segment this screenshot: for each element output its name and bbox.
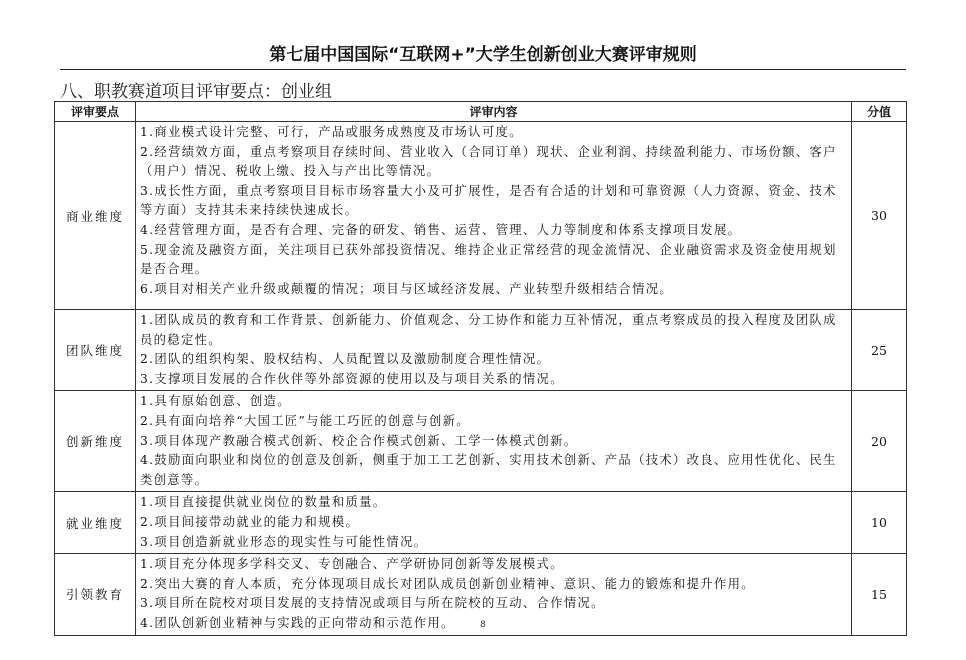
dimension-cell: 商业维度 bbox=[55, 122, 136, 310]
dimension-cell: 团队维度 bbox=[55, 310, 136, 391]
title-divider bbox=[60, 69, 906, 70]
list-item: 4.鼓励面向职业和岗位的创意及创新，侧重于加工工艺创新、实用技术创新、产品（技术… bbox=[140, 451, 847, 490]
header-score: 分值 bbox=[852, 102, 907, 122]
content-cell: 1.具有原始创意、创造。 2.具有面向培养“大国工匠”与能工巧匠的创意与创新。 … bbox=[136, 391, 852, 492]
list-item: 5.现金流及融资方面，关注项目已获外部投资情况、维持企业正常经营的现金流情况、企… bbox=[140, 241, 847, 280]
list-item: 2.项目间接带动就业的能力和规模。 bbox=[140, 513, 847, 533]
content-cell: 1.团队成员的教育和工作背景、创新能力、价值观念、分工协作和能力互补情况，重点考… bbox=[136, 310, 852, 391]
list-item: 1.具有原始创意、创造。 bbox=[140, 392, 847, 412]
list-item: 3.项目创造新就业形态的现实性与可能性情况。 bbox=[140, 533, 847, 553]
list-item: 3.成长性方面，重点考察项目目标市场容量大小及可扩展性，是否有合适的计划和可靠资… bbox=[140, 182, 847, 221]
section-title: 八、职教赛道项目评审要点：创业组 bbox=[60, 77, 332, 102]
list-item: 3.支撑项目发展的合作伙伴等外部资源的使用以及与项目关系的情况。 bbox=[140, 370, 847, 390]
list-item: 2.具有面向培养“大国工匠”与能工巧匠的创意与创新。 bbox=[140, 412, 847, 432]
list-item: 1.项目直接提供就业岗位的数量和质量。 bbox=[140, 493, 847, 513]
list-item: 3.项目体现产教融合模式创新、校企合作模式创新、工学一体模式创新。 bbox=[140, 432, 847, 452]
table-row-business: 商业维度 1.商业模式设计完整、可行，产品或服务成熟度及市场认可度。 2.经营绩… bbox=[55, 122, 907, 310]
list-item: 4.经营管理方面，是否有合理、完备的研发、销售、运营、管理、人力等制度和体系支撑… bbox=[140, 221, 847, 241]
list-item: 1.项目充分体现多学科交叉、专创融合、产学研协同创新等发展模式。 bbox=[140, 555, 847, 575]
table-row-team: 团队维度 1.团队成员的教育和工作背景、创新能力、价值观念、分工协作和能力互补情… bbox=[55, 310, 907, 391]
table-row-innovation: 创新维度 1.具有原始创意、创造。 2.具有面向培养“大国工匠”与能工巧匠的创意… bbox=[55, 391, 907, 492]
list-item: 3.项目所在院校对项目发展的支持情况或项目与所在院校的互动、合作情况。 bbox=[140, 594, 847, 614]
score-cell: 20 bbox=[852, 391, 907, 492]
table-header-row: 评审要点 评审内容 分值 bbox=[55, 102, 907, 122]
table-row-employment: 就业维度 1.项目直接提供就业岗位的数量和质量。 2.项目间接带动就业的能力和规… bbox=[55, 492, 907, 554]
content-cell: 1.商业模式设计完整、可行，产品或服务成熟度及市场认可度。 2.经营绩效方面，重… bbox=[136, 122, 852, 310]
score-cell: 25 bbox=[852, 310, 907, 391]
score-cell: 10 bbox=[852, 492, 907, 554]
list-item: 6.项目对相关产业升级或颠覆的情况；项目与区域经济发展、产业转型升级相结合情况。 bbox=[140, 280, 847, 300]
dimension-cell: 就业维度 bbox=[55, 492, 136, 554]
list-item: 2.经营绩效方面，重点考察项目存续时间、营业收入（合同订单）现状、企业利润、持续… bbox=[140, 143, 847, 182]
header-content: 评审内容 bbox=[136, 102, 852, 122]
header-criteria: 评审要点 bbox=[55, 102, 136, 122]
list-item: 1.团队成员的教育和工作背景、创新能力、价值观念、分工协作和能力互补情况，重点考… bbox=[140, 311, 847, 350]
list-item: 1.商业模式设计完整、可行，产品或服务成熟度及市场认可度。 bbox=[140, 123, 847, 143]
list-item: 2.团队的组织构架、股权结构、人员配置以及激励制度合理性情况。 bbox=[140, 350, 847, 370]
score-cell: 30 bbox=[852, 122, 907, 310]
content-cell: 1.项目直接提供就业岗位的数量和质量。 2.项目间接带动就业的能力和规模。 3.… bbox=[136, 492, 852, 554]
document-title: 第七届中国国际“互联网+”大学生创新创业大赛评审规则 bbox=[0, 40, 966, 65]
dimension-cell: 创新维度 bbox=[55, 391, 136, 492]
evaluation-criteria-table: 评审要点 评审内容 分值 商业维度 1.商业模式设计完整、可行，产品或服务成熟度… bbox=[54, 101, 907, 636]
page-number: 8 bbox=[0, 620, 966, 630]
list-item: 2.突出大赛的育人本质，充分体现项目成长对团队成员创新创业精神、意识、能力的锻炼… bbox=[140, 575, 847, 595]
